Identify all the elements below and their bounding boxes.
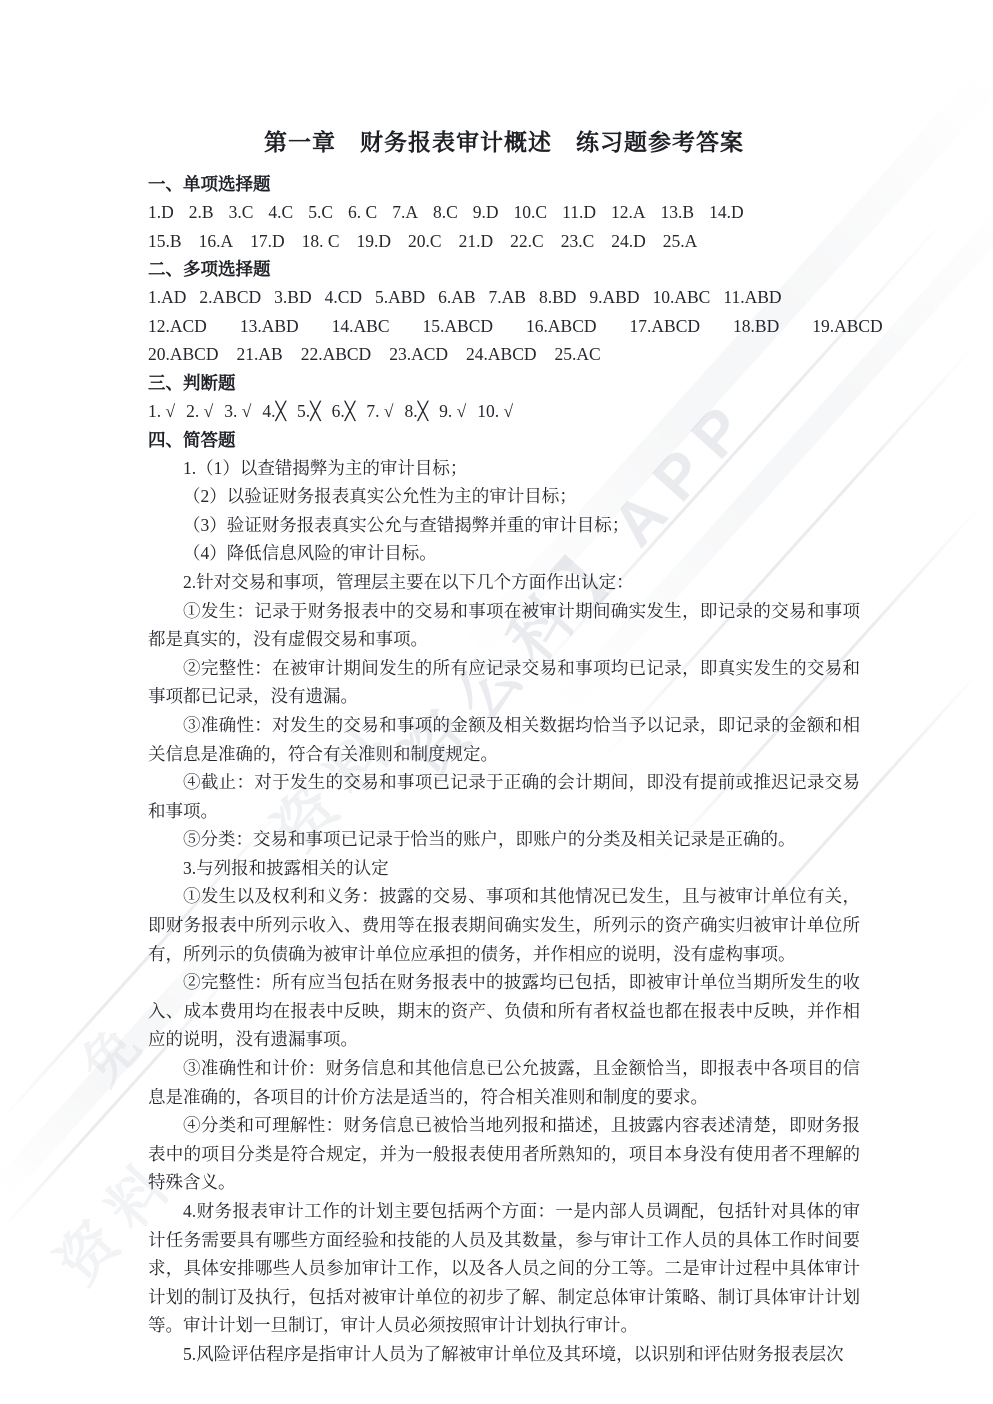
answer-item: 9.D bbox=[473, 202, 499, 222]
answer-item: 8.BD bbox=[539, 287, 576, 307]
answer-paragraph: ④截止：对于发生的交易和事项已记录于正确的会计期间，即没有提前或推迟记录交易和事… bbox=[148, 768, 860, 825]
answer-item: 4.CD bbox=[325, 287, 362, 307]
answer-paragraph: 4.财务报表审计工作的计划主要包括两个方面：一是内部人员调配，包括针对具体的审计… bbox=[148, 1197, 860, 1340]
answer-item: 6.AB bbox=[438, 287, 475, 307]
answer-item: 7. √ bbox=[366, 401, 393, 421]
answer-item: 19.ABCD bbox=[812, 316, 883, 336]
answer-paragraph: ②完整性：在被审计期间发生的所有应记录交易和事项均已记录，即真实发生的交易和事项… bbox=[148, 654, 860, 711]
answer-item: 16.A bbox=[199, 231, 234, 251]
watermark-logo-glyph: 免 bbox=[61, 1007, 154, 1099]
section-heading-true-false: 三、判断题 bbox=[148, 369, 860, 397]
answer-paragraph: （2）以验证财务报表真实公允性为主的审计目标； bbox=[148, 482, 860, 511]
section-heading-short-answer: 四、简答题 bbox=[148, 426, 860, 454]
answer-paragraph: 2.针对交易和事项，管理层主要在以下几个方面作出认定： bbox=[148, 568, 860, 597]
answer-item: 15.ABCD bbox=[423, 316, 494, 336]
answer-item: 1. √ bbox=[148, 401, 175, 421]
document-content: 第一章 财务报表审计概述 练习题参考答案 一、单项选择题 1.D2.B3.C4.… bbox=[148, 124, 860, 1369]
short-answer-paragraphs: 1.（1）以查错揭弊为主的审计目标；（2）以验证财务报表真实公允性为主的审计目标… bbox=[148, 454, 860, 1369]
answer-item: 18.BD bbox=[733, 316, 779, 336]
section-heading-single-choice: 一、单项选择题 bbox=[148, 170, 860, 198]
answer-item: 18. C bbox=[302, 231, 340, 251]
page-title: 第一章 财务报表审计概述 练习题参考答案 bbox=[148, 124, 860, 157]
answer-item: 7.A bbox=[392, 202, 418, 222]
answer-item: 10. √ bbox=[477, 401, 513, 421]
answer-item: 23.ACD bbox=[389, 344, 448, 364]
answer-item: 11.ABD bbox=[723, 287, 781, 307]
answer-item: 23.C bbox=[561, 231, 595, 251]
answer-item: 1.AD bbox=[148, 287, 186, 307]
answer-line-true-false: 1. √2. √3. √4.╳5.╳6.╳7. √8.╳9. √10. √ bbox=[148, 397, 860, 426]
answer-item: 2.B bbox=[189, 202, 214, 222]
answer-item: 17.ABCD bbox=[630, 316, 701, 336]
answer-item: 22.ABCD bbox=[301, 344, 372, 364]
answer-item: 20.C bbox=[408, 231, 442, 251]
answer-item: 1.D bbox=[148, 202, 174, 222]
answer-line-multi-choice-1: 1.AD2.ABCD3.BD4.CD5.ABD6.AB7.AB8.BD9.ABD… bbox=[148, 283, 860, 312]
answer-item: 5.ABD bbox=[375, 287, 425, 307]
answer-item: 2.ABCD bbox=[199, 287, 261, 307]
answer-item: 25.AC bbox=[555, 344, 601, 364]
answer-item: 24.D bbox=[611, 231, 646, 251]
section-heading-multi-choice: 二、多项选择题 bbox=[148, 255, 860, 283]
answer-paragraph: 5.风险评估程序是指审计人员为了解被审计单位及其环境，以识别和评估财务报表层次 bbox=[148, 1340, 860, 1369]
answer-item: 6. C bbox=[348, 202, 377, 222]
answer-paragraph: ③准确性和计价：财务信息和其他信息已公允披露，且金额恰当，即报表中各项目的信息是… bbox=[148, 1054, 860, 1111]
answer-item: 10.ABC bbox=[653, 287, 711, 307]
answer-item: 14.D bbox=[709, 202, 744, 222]
answer-item: 21.D bbox=[459, 231, 494, 251]
answer-item: 15.B bbox=[148, 231, 182, 251]
answer-item: 24.ABCD bbox=[466, 344, 537, 364]
answer-item: 8.╳ bbox=[404, 401, 428, 421]
answer-item: 20.ABCD bbox=[148, 344, 219, 364]
answer-paragraph: （4）降低信息风险的审计目标。 bbox=[148, 539, 860, 568]
answer-item: 13.ABD bbox=[240, 316, 299, 336]
answer-item: 25.A bbox=[663, 231, 698, 251]
answer-item: 7.AB bbox=[489, 287, 526, 307]
answer-paragraph: （3）验证财务报表真实公允与查错揭弊并重的审计目标； bbox=[148, 511, 860, 540]
answer-item: 2. √ bbox=[186, 401, 213, 421]
answer-item: 21.AB bbox=[237, 344, 283, 364]
answer-item: 19.D bbox=[357, 231, 392, 251]
answer-paragraph: ⑤分类：交易和事项已记录于恰当的账户，即账户的分类及相关记录是正确的。 bbox=[148, 825, 860, 854]
answer-paragraph: ①发生：记录于财务报表中的交易和事项在被审计期间确实发生，即记录的交易和事项都是… bbox=[148, 597, 860, 654]
answer-item: 12.A bbox=[611, 202, 646, 222]
answer-paragraph: 3.与列报和披露相关的认定 bbox=[148, 854, 860, 883]
answer-item: 17.D bbox=[250, 231, 285, 251]
answer-item: 12.ACD bbox=[148, 316, 207, 336]
answer-item: 5.C bbox=[308, 202, 333, 222]
answer-item: 3.C bbox=[229, 202, 254, 222]
answer-item: 5.╳ bbox=[297, 401, 321, 421]
answer-item: 8.C bbox=[433, 202, 458, 222]
answer-line-multi-choice-2: 12.ACD13.ABD14.ABC15.ABCD16.ABCD17.ABCD1… bbox=[148, 312, 860, 341]
answer-item: 4.╳ bbox=[262, 401, 286, 421]
answer-paragraph: 1.（1）以查错揭弊为主的审计目标； bbox=[148, 454, 860, 483]
answer-item: 11.D bbox=[562, 202, 596, 222]
answer-item: 3. √ bbox=[224, 401, 251, 421]
answer-item: 6.╳ bbox=[332, 401, 356, 421]
answer-item: 16.ABCD bbox=[526, 316, 597, 336]
answer-item: 14.ABC bbox=[332, 316, 390, 336]
answer-line-single-choice-2: 15.B16.A17.D18. C19.D20.C21.D22.C23.C24.… bbox=[148, 227, 860, 256]
answer-paragraph: ①发生以及权利和义务：披露的交易、事项和其他情况已发生，且与被审计单位有关，即财… bbox=[148, 882, 860, 968]
answer-item: 13.B bbox=[661, 202, 695, 222]
answer-item: 9. √ bbox=[439, 401, 466, 421]
answer-line-single-choice-1: 1.D2.B3.C4.C5.C6. C7.A8.C9.D10.C11.D12.A… bbox=[148, 198, 860, 227]
answer-paragraph: ③准确性：对发生的交易和事项的金额及相关数据均恰当予以记录，即记录的金额和相关信… bbox=[148, 711, 860, 768]
answer-item: 22.C bbox=[510, 231, 544, 251]
answer-item: 3.BD bbox=[274, 287, 311, 307]
answer-line-multi-choice-3: 20.ABCD21.AB22.ABCD23.ACD24.ABCD25.AC bbox=[148, 340, 860, 369]
document-page: 资公科】APP 资料 资料 免 第一章 财务报表审计概述 练习题参考答案 一、单… bbox=[0, 0, 993, 1404]
answer-item: 9.ABD bbox=[589, 287, 639, 307]
answer-paragraph: ②完整性：所有应当包括在财务报表中的披露均已包括，即被审计单位当期所发生的收入、… bbox=[148, 968, 860, 1054]
answer-item: 4.C bbox=[268, 202, 293, 222]
answer-paragraph: ④分类和可理解性：财务信息已被恰当地列报和描述，且披露内容表述清楚，即财务报表中… bbox=[148, 1111, 860, 1197]
answer-item: 10.C bbox=[514, 202, 548, 222]
